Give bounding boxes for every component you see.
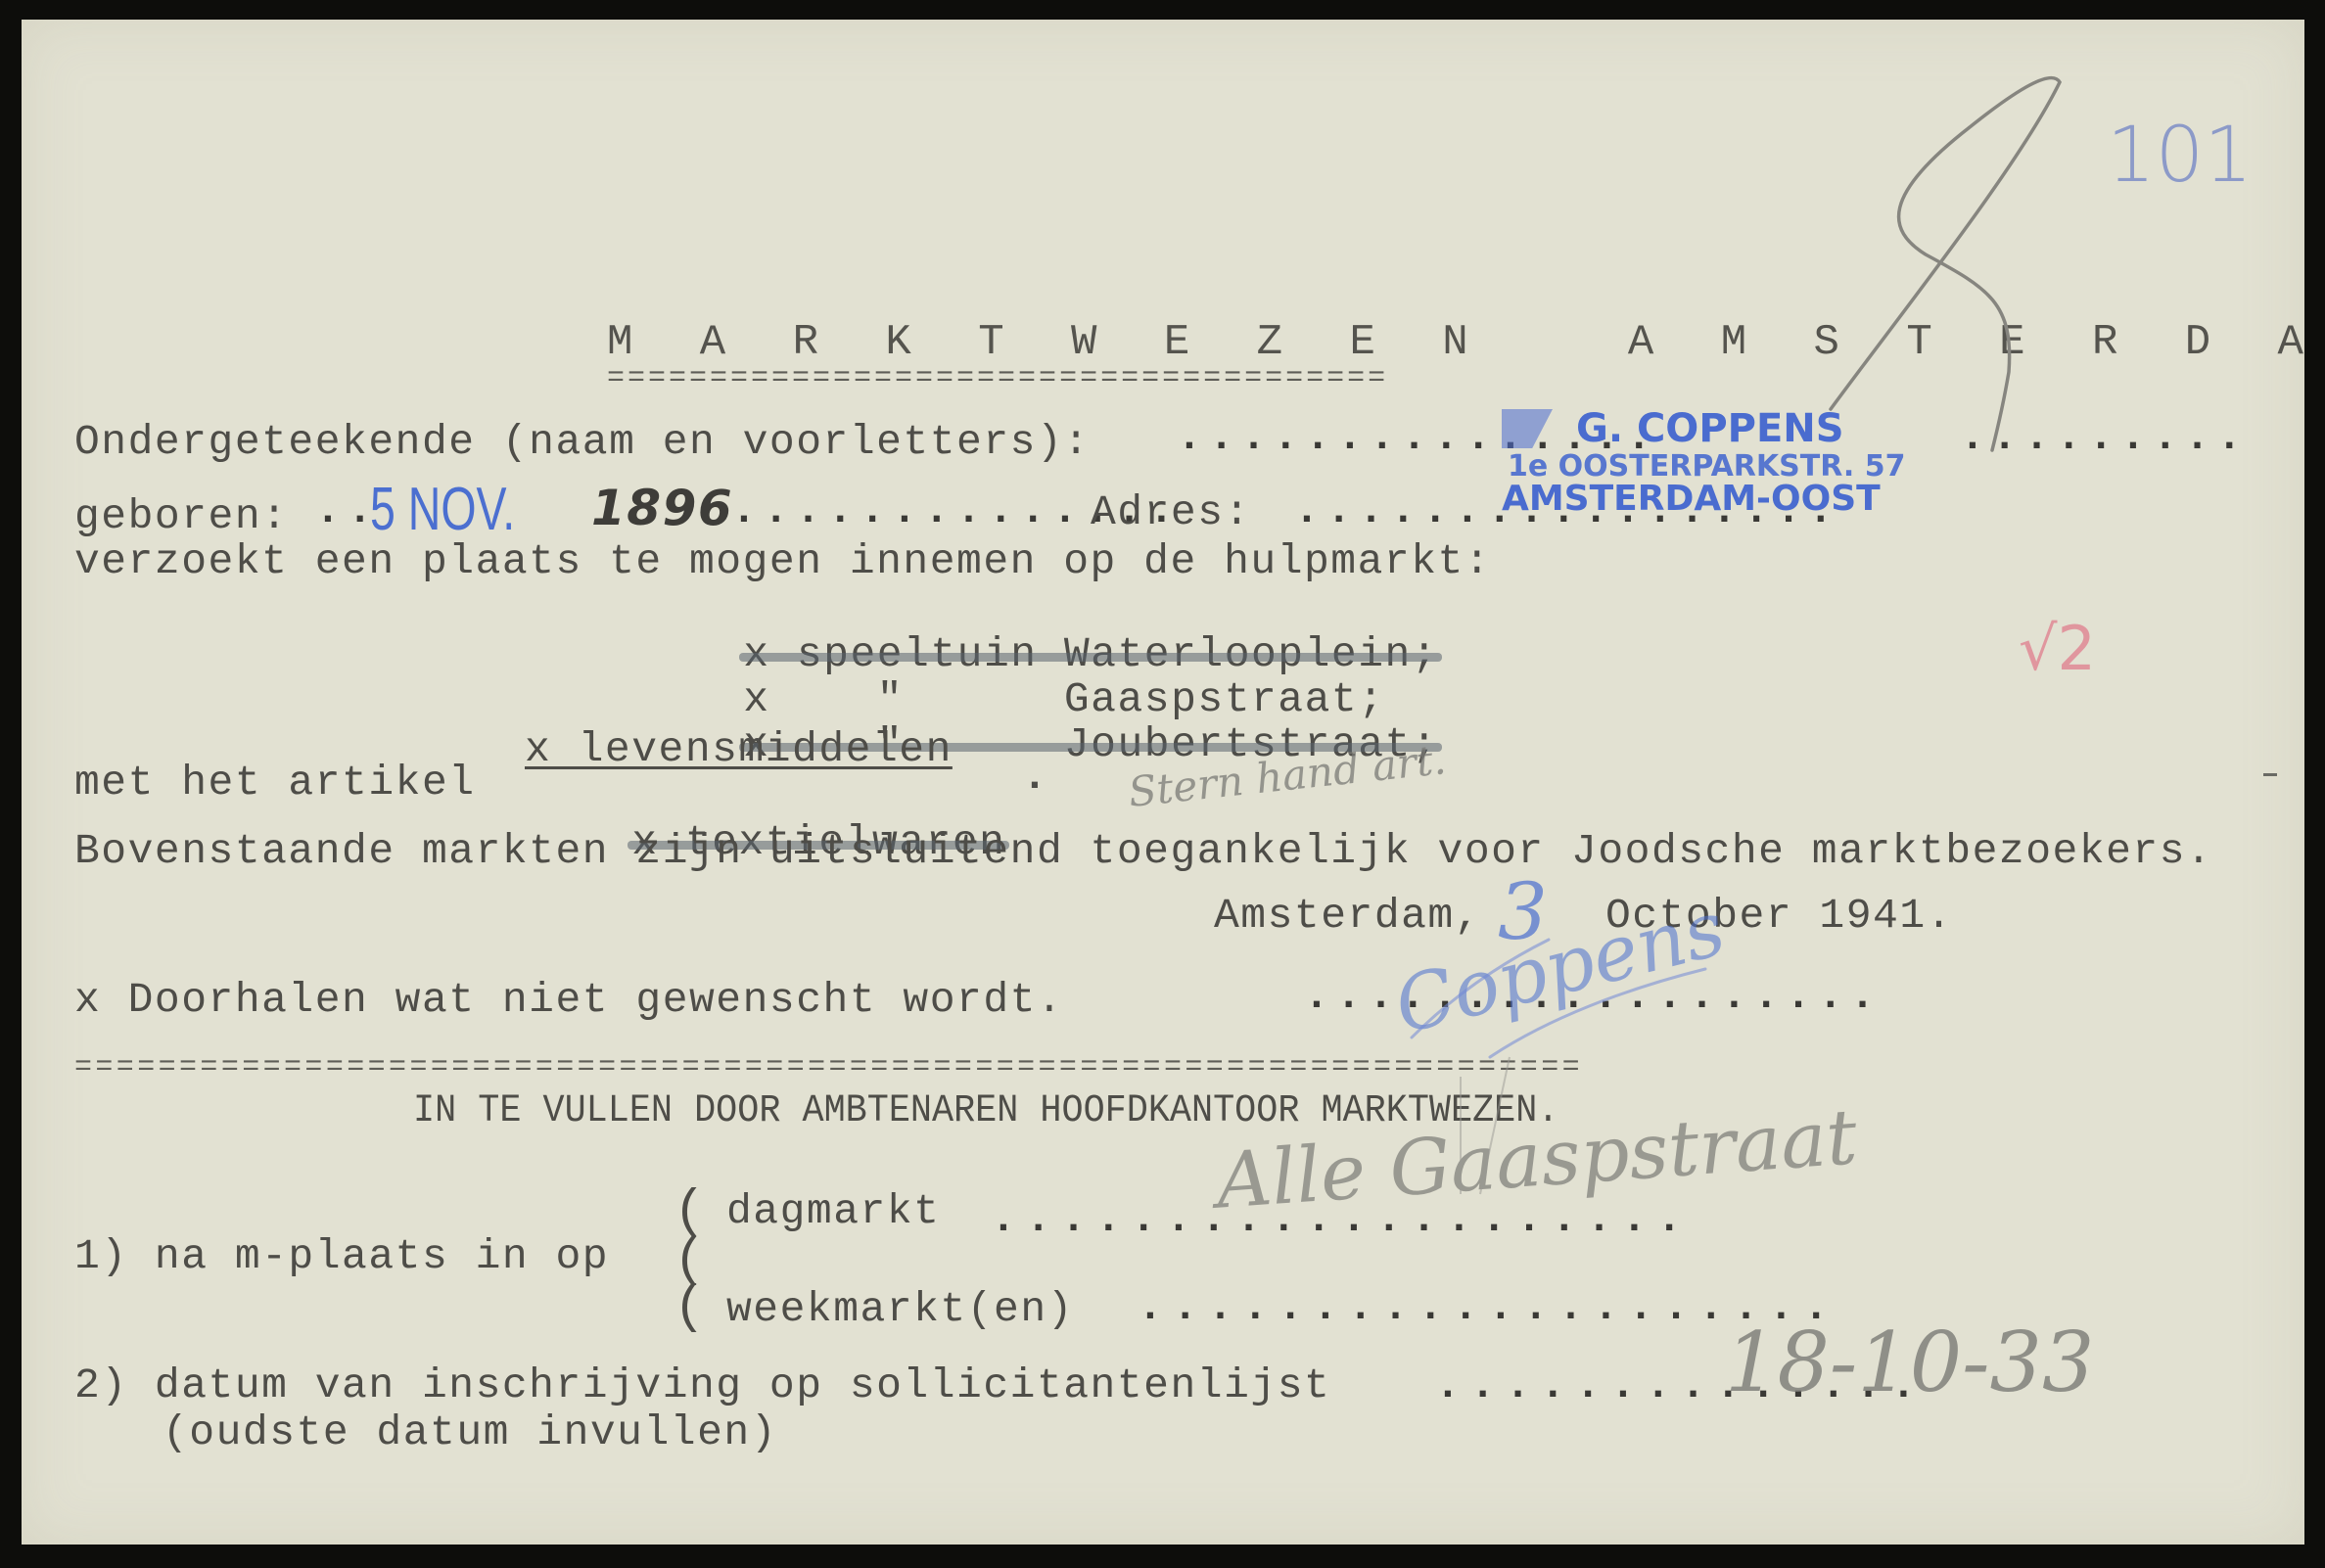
article-label: met het artikel — [74, 761, 476, 804]
stamp-city: AMSTERDAM-OOST — [1502, 482, 1881, 517]
notice-line: Bovenstaande markten zijn uitsluitend to… — [74, 830, 2212, 872]
name-dots-tail: ......... — [1960, 416, 2249, 458]
item2-subnote: (oudste datum invullen) — [163, 1411, 777, 1453]
margin-dash — [2263, 773, 2277, 776]
place-city: Amsterdam, — [1214, 895, 1481, 937]
item1-label: 1) na m-plaats in op — [74, 1235, 609, 1277]
index-card: M A R K T W E Z E N A M S T E R D A M. =… — [22, 20, 2304, 1545]
stamp-street: 1e OOSTERPARKSTR. 57 — [1508, 452, 1905, 482]
dagmarkt-label: dagmarkt — [726, 1190, 940, 1232]
stamp-name: G. COPPENS — [1576, 409, 1844, 448]
paren-bottom: ( — [674, 1282, 707, 1335]
born-date-stamp: 5 NOV. — [370, 480, 515, 540]
born-year: 1896 — [591, 484, 733, 532]
item2-label: 2) datum van inschrijving op sollicitant… — [74, 1364, 1330, 1407]
corner-number: 101 — [2107, 117, 2253, 194]
red-check-mark: √2 — [2019, 619, 2096, 679]
article-option-food: x levensmiddelen — [525, 728, 953, 770]
document-title: M A R K T W E Z E N A M S T E R D A M. — [607, 321, 2325, 364]
pencil-registration-date: 18-10-33 — [1725, 1321, 2094, 1404]
section-separator: ========================================… — [74, 1053, 1583, 1083]
article-period: . — [1022, 756, 1048, 798]
request-line: verzoekt een plaats te mogen innemen op … — [74, 540, 1491, 582]
name-label: Ondergeteekende (naam en voorletters): — [74, 421, 1091, 463]
title-double-underline: ====================================== — [607, 364, 1388, 393]
strike-instruction: x Doorhalen wat niet gewenscht wordt. — [74, 979, 1063, 1021]
born-label: geboren: — [74, 495, 288, 537]
address-label: Adres: — [1091, 491, 1251, 533]
weekmarkt-label: weekmarkt(en) — [726, 1288, 1074, 1330]
